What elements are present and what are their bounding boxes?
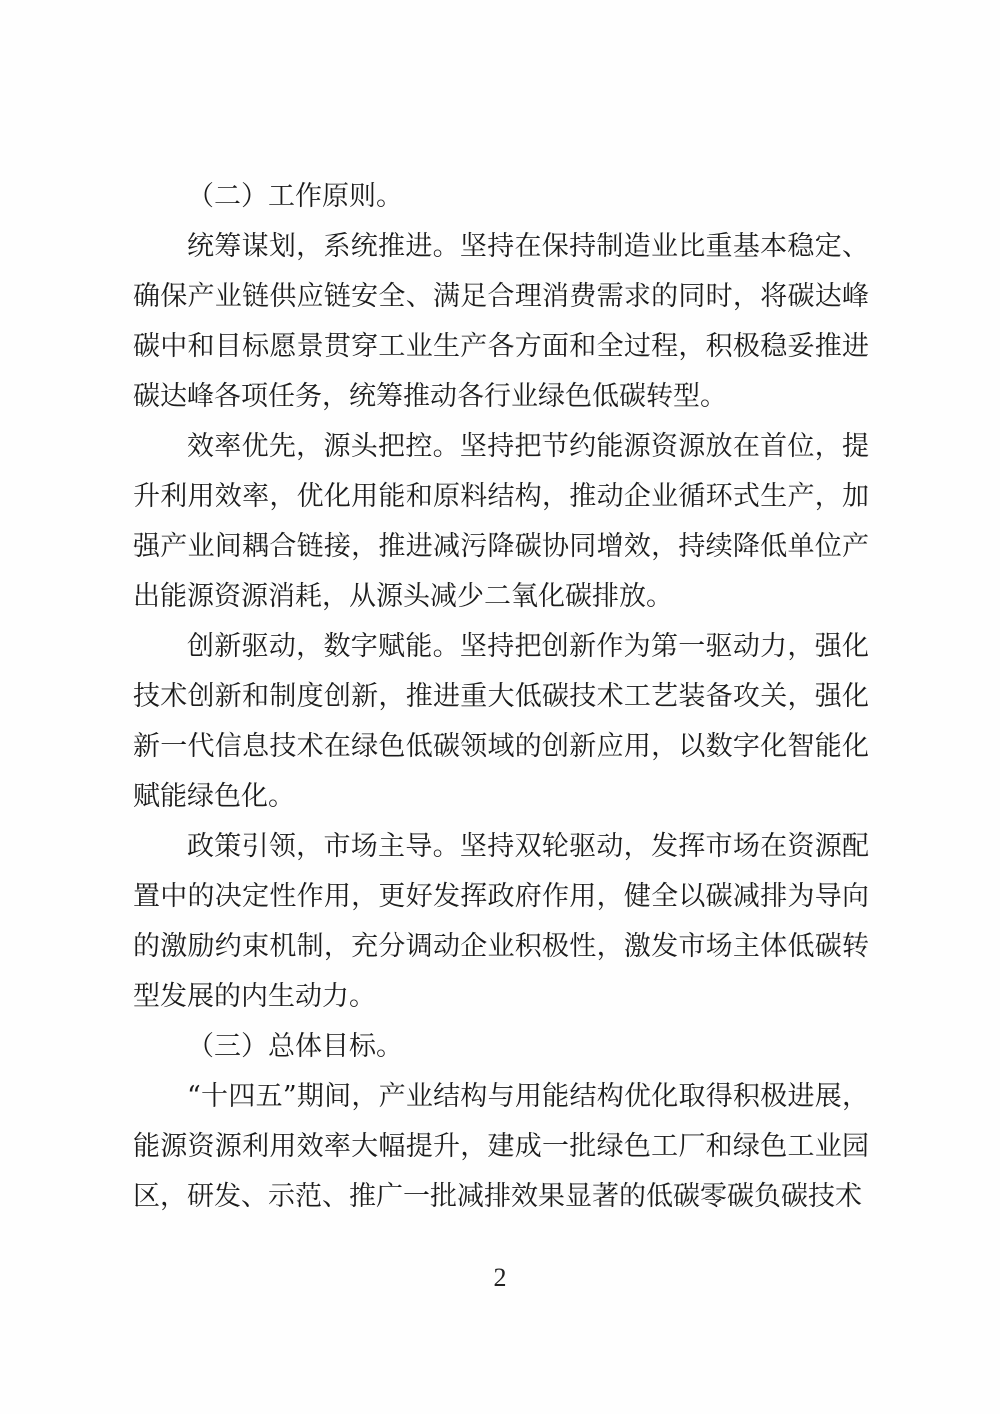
paragraph-policy-guided: 政策引领，市场主导。坚持双轮驱动，发挥市场在资源配置中的决定性作用，更好发挥政府… <box>133 822 869 1022</box>
section-heading-overall-goals: （三）总体目标。 <box>133 1022 869 1072</box>
paragraph-14th-five-year-goals: “十四五”期间，产业结构与用能结构优化取得积极进展，能源资源利用效率大幅提升，建… <box>133 1072 869 1222</box>
paragraph-innovation-driven: 创新驱动，数字赋能。坚持把创新作为第一驱动力，强化技术创新和制度创新，推进重大低… <box>133 622 869 822</box>
section-heading-work-principles: （二）工作原则。 <box>133 172 869 222</box>
paragraph-efficiency-first: 效率优先，源头把控。坚持把节约能源资源放在首位，提升利用效率，优化用能和原料结构… <box>133 422 869 622</box>
paragraph-overall-planning: 统筹谋划，系统推进。坚持在保持制造业比重基本稳定、确保产业链供应链安全、满足合理… <box>133 222 869 422</box>
document-page: （二）工作原则。 统筹谋划，系统推进。坚持在保持制造业比重基本稳定、确保产业链供… <box>0 0 1000 1414</box>
page-number: 2 <box>0 1258 1000 1298</box>
document-text-block: （二）工作原则。 统筹谋划，系统推进。坚持在保持制造业比重基本稳定、确保产业链供… <box>133 172 869 1222</box>
